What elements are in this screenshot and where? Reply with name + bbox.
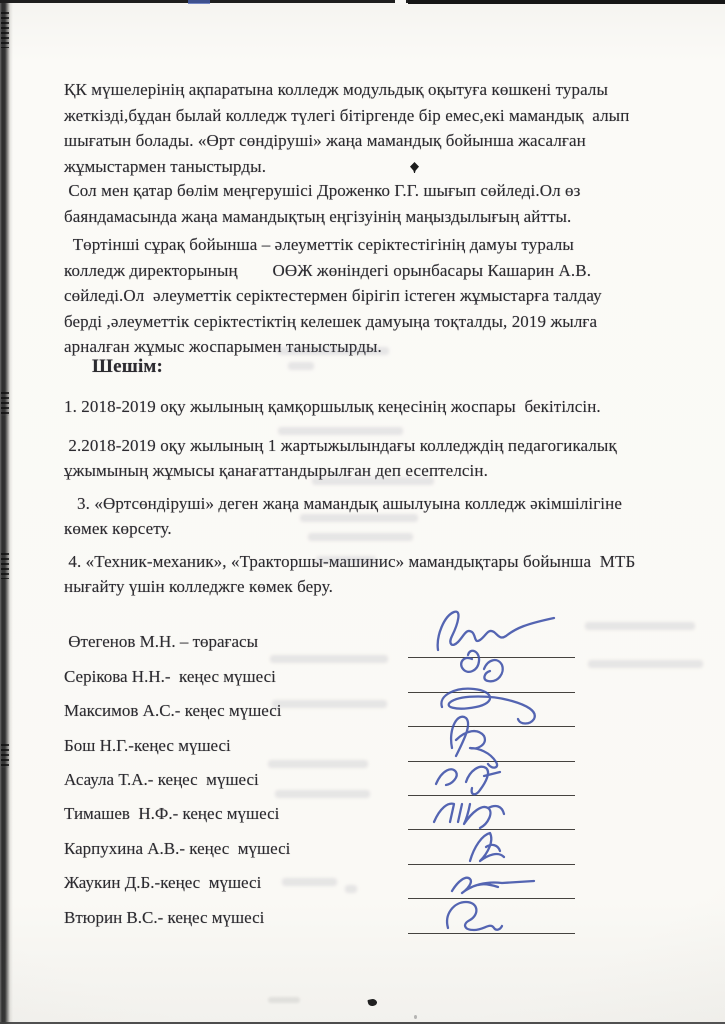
signatory-name: Жаукин Д.Б.-кеңес мүшесі xyxy=(64,872,261,894)
signatory-name: Втюрин В.С.- кеңес мүшесі xyxy=(64,907,264,929)
bleed-through-artifact xyxy=(270,655,388,663)
bleed-through-artifact xyxy=(585,622,695,630)
signatory-name: Максимов А.С.- кеңес мүшесі xyxy=(64,700,282,722)
document-paragraph: ҚК мүшелерінің ақпаратына колледж модуль… xyxy=(64,77,704,179)
bleed-through-artifact xyxy=(278,427,403,435)
ink-mark xyxy=(268,997,300,1003)
decision-item: 4. «Техник-механик», «Тракторшы-машинис»… xyxy=(64,549,704,599)
signatory-row: Тимашев Н.Ф.- кеңес мүшесі xyxy=(64,796,624,830)
bleed-through-artifact xyxy=(345,885,357,893)
bleed-through-artifact xyxy=(275,790,370,798)
bleed-through-artifact xyxy=(588,660,703,668)
binding-mark xyxy=(1,12,9,48)
document-paragraph: Төртінші сұрақ бойынша – әлеуметтік сері… xyxy=(64,232,704,360)
scan-edge-top xyxy=(395,0,406,5)
signatory-row: Серікова Н.Н.- кеңес мүшесі xyxy=(64,658,624,692)
signatory-row: Бош Н.Г.-кеңес мүшесі xyxy=(64,727,624,761)
scan-edge-top xyxy=(188,0,210,4)
decision-item: 1. 2018-2019 оқу жылының қамқоршылық кең… xyxy=(64,394,704,419)
signatory-name: Серікова Н.Н.- кеңес мүшесі xyxy=(64,666,276,688)
signatory-row: Өтегенов М.Н. – төрағасы xyxy=(64,624,624,658)
document-paragraph: Сол мен қатар бөлім меңгерушісі Дроженко… xyxy=(64,178,704,229)
signatory-row: Максимов А.С.- кеңес мүшесі xyxy=(64,693,624,727)
scan-edge-top xyxy=(408,0,725,4)
signature-block: Өтегенов М.Н. – төрағасы Серікова Н.Н.- … xyxy=(64,624,624,934)
signatory-name: Карпухина А.В.- кеңес мүшесі xyxy=(64,838,290,860)
signatory-row: Карпухина А.В.- кеңес мүшесі xyxy=(64,830,624,864)
bleed-through-artifact xyxy=(316,556,376,564)
binding-mark xyxy=(1,392,9,416)
signatory-row: Втюрин В.С.- кеңес мүшесі xyxy=(64,899,624,933)
signature-ink xyxy=(408,600,575,664)
bleed-through-artifact xyxy=(272,700,387,708)
bleed-through-artifact xyxy=(288,362,314,370)
bleed-through-artifact xyxy=(312,477,434,485)
bleed-through-artifact xyxy=(282,878,337,886)
bleed-through-artifact xyxy=(308,533,413,541)
signature-line xyxy=(408,933,575,934)
signatory-name: Өтегенов М.Н. – төрағасы xyxy=(64,631,258,653)
bleed-through-artifact xyxy=(268,760,368,768)
signatory-name: Асаула Т.А.- кеңес мүшесі xyxy=(64,769,259,791)
binding-mark xyxy=(1,744,9,768)
ink-mark xyxy=(367,998,377,1007)
signatory-name: Бош Н.Г.-кеңес мүшесі xyxy=(64,735,231,757)
signatory-row: Жаукин Д.Б.-кеңес мүшесі xyxy=(64,865,624,899)
bleed-through-artifact xyxy=(277,347,389,355)
decision-heading: Шешім: xyxy=(92,356,163,378)
ink-mark xyxy=(414,1015,417,1019)
decision-item: 2.2018-2019 оқу жылының 1 жартыжылындағы… xyxy=(64,433,704,483)
scanned-document-page: ҚК мүшелерінің ақпаратына колледж модуль… xyxy=(0,0,725,1024)
signatory-name: Тимашев Н.Ф.- кеңес мүшесі xyxy=(64,803,279,825)
bleed-through-artifact xyxy=(300,514,418,522)
binding-mark xyxy=(1,553,9,579)
scan-edge-left xyxy=(0,0,13,1024)
